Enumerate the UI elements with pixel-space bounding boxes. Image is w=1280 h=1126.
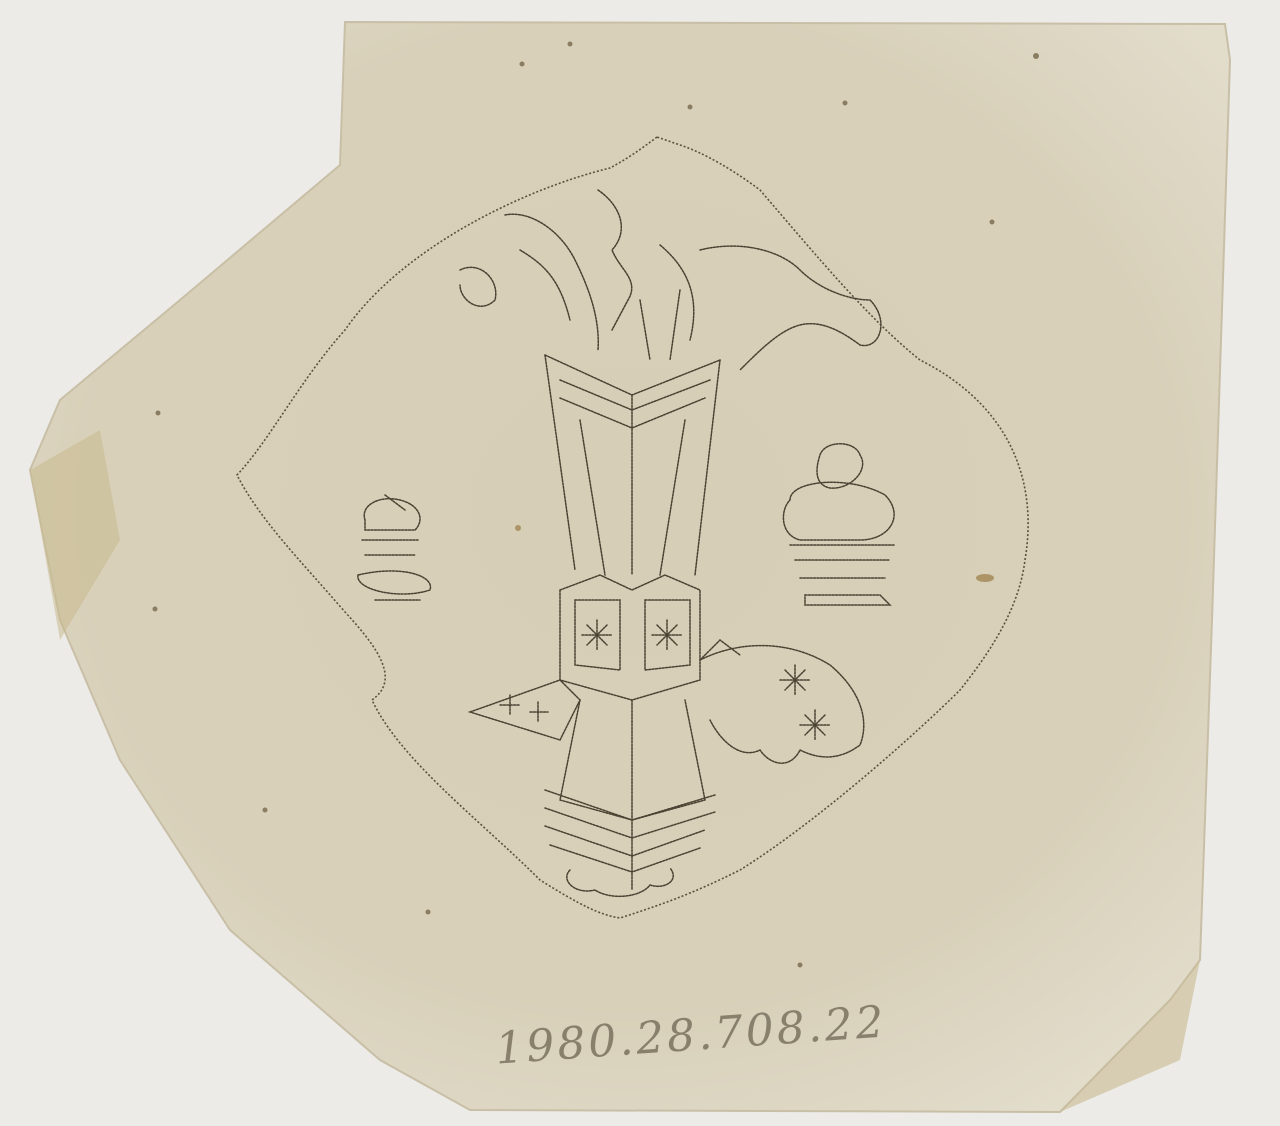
artwork-canvas — [0, 0, 1280, 1126]
tracing-paper-drawing — [0, 0, 1280, 1126]
paper-sheet — [30, 22, 1230, 1112]
